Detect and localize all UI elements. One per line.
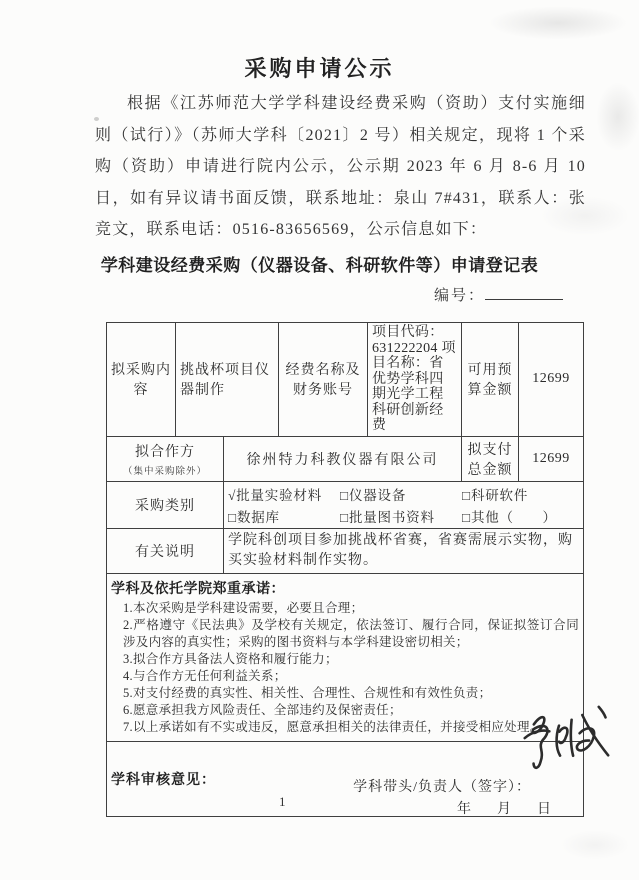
review-section: 学科审核意见： 学科带头/负责人（签字）： 年 月 日 bbox=[107, 741, 584, 816]
promise-section: 学科及依托学院郑重承诺： 1.本次采购是学科建设需要，必要且合理； 2.严格遵守… bbox=[107, 573, 584, 741]
review-opinion-label: 学科审核意见： bbox=[111, 771, 216, 787]
scan-smudge bbox=[560, 830, 630, 860]
value-total-payment: 12699 bbox=[519, 436, 584, 481]
value-proposed-content: 挑战杯项目仪器制作 bbox=[176, 323, 279, 437]
value-fund-account: 项目代码：631222204 项目名称：省优势学科四期光学工程科研创新经费 bbox=[368, 323, 462, 437]
label-proposed-content: 拟采购内容 bbox=[107, 323, 176, 437]
label-remarks: 有关说明 bbox=[107, 528, 224, 573]
scanned-document-page: 采购申请公示 根据《江苏师范大学学科建设经费采购（资助）支付实施细则（试行）》（… bbox=[0, 0, 639, 880]
serial-number-row: 编号： bbox=[95, 284, 563, 305]
table-row: 拟采购内容 挑战杯项目仪器制作 经费名称及财务账号 项目代码：631222204… bbox=[107, 323, 584, 437]
category-batch-experiment-materials: √批量实验材料 bbox=[228, 484, 340, 504]
label-available-budget: 可用预算金额 bbox=[462, 323, 519, 437]
serial-blank-line bbox=[485, 285, 563, 300]
value-available-budget: 12699 bbox=[519, 323, 584, 437]
promise-item-6: 6.愿意承担我方风险责任、全部违约及保密责任； bbox=[111, 702, 579, 719]
date-label: 年 月 日 bbox=[457, 798, 557, 817]
value-remarks: 学院科创项目参加挑战杯省赛，省赛需展示实物，购买实验材料制作实物。 bbox=[224, 528, 584, 573]
label-total-payment: 拟支付总金额 bbox=[462, 436, 519, 481]
promise-item-7: 7.以上承诺如有不实或违反，愿意承担相关的法律责任，并接受相应处理。 bbox=[111, 719, 579, 736]
form-title: 学科建设经费采购（仪器设备、科研软件等）申请登记表 bbox=[0, 251, 639, 276]
scan-smudge bbox=[488, 6, 628, 40]
page-title: 采购申请公示 bbox=[0, 52, 639, 83]
announcement-paragraph: 根据《江苏师范大学学科建设经费采购（资助）支付实施细则（试行）》（苏师大学科〔2… bbox=[95, 88, 586, 246]
label-purchase-category: 采购类别 bbox=[107, 481, 224, 528]
table-row: 采购类别 √批量实验材料 □仪器设备 □科研软件 □数据库 □批量图书资料 □其… bbox=[107, 481, 584, 528]
label-fund-name-account: 经费名称及财务账号 bbox=[279, 323, 368, 437]
category-other: □其他（ ） bbox=[462, 506, 579, 526]
category-bulk-books: □批量图书资料 bbox=[340, 506, 462, 526]
promise-item-4: 4.与合作方无任何利益关系； bbox=[111, 668, 579, 685]
leader-sign-label: 学科带头/负责人（签字）： bbox=[353, 776, 531, 796]
category-instrument-equipment: □仪器设备 bbox=[340, 484, 462, 504]
leader-signature-handwriting bbox=[516, 695, 622, 786]
table-row: 学科及依托学院郑重承诺： 1.本次采购是学科建设需要，必要且合理； 2.严格遵守… bbox=[107, 573, 584, 741]
table-row: 学科审核意见： 学科带头/负责人（签字）： 年 月 日 bbox=[107, 741, 584, 816]
scan-smudge bbox=[596, 82, 639, 152]
category-database: □数据库 bbox=[228, 506, 340, 526]
registration-table: 拟采购内容 挑战杯项目仪器制作 经费名称及财务账号 项目代码：631222204… bbox=[106, 322, 584, 817]
category-grid: √批量实验材料 □仪器设备 □科研软件 □数据库 □批量图书资料 □其他（ ） bbox=[228, 484, 579, 526]
purchase-category-options: √批量实验材料 □仪器设备 □科研软件 □数据库 □批量图书资料 □其他（ ） bbox=[224, 481, 584, 528]
promise-item-2: 2.严格遵守《民法典》及学校有关规定，依法签订、履行合同，保证拟签订合同涉及内容… bbox=[111, 617, 579, 651]
promise-header: 学科及依托学院郑重承诺： bbox=[111, 578, 579, 598]
table-row: 有关说明 学院科创项目参加挑战杯省赛，省赛需展示实物，购买实验材料制作实物。 bbox=[107, 528, 584, 573]
partner-label-text: 拟合作方 bbox=[111, 441, 219, 461]
promise-item-1: 1.本次采购是学科建设需要，必要且合理； bbox=[111, 600, 579, 617]
value-partner-company: 徐州特力科教仪器有限公司 bbox=[224, 436, 462, 481]
label-partner: 拟合作方 （集中采购除外） bbox=[107, 436, 224, 481]
category-research-software: □科研软件 bbox=[462, 484, 579, 504]
promise-item-5: 5.对支付经费的真实性、相关性、合理性、合规性和有效性负责； bbox=[111, 685, 579, 702]
promise-item-3: 3.拟合作方具备法人资格和履行能力； bbox=[111, 651, 579, 668]
page-number: 1 bbox=[279, 794, 286, 810]
table-row: 拟合作方 （集中采购除外） 徐州特力科教仪器有限公司 拟支付总金额 12699 bbox=[107, 436, 584, 481]
partner-label-note: （集中采购除外） bbox=[111, 463, 219, 477]
serial-label: 编号： bbox=[434, 288, 485, 304]
